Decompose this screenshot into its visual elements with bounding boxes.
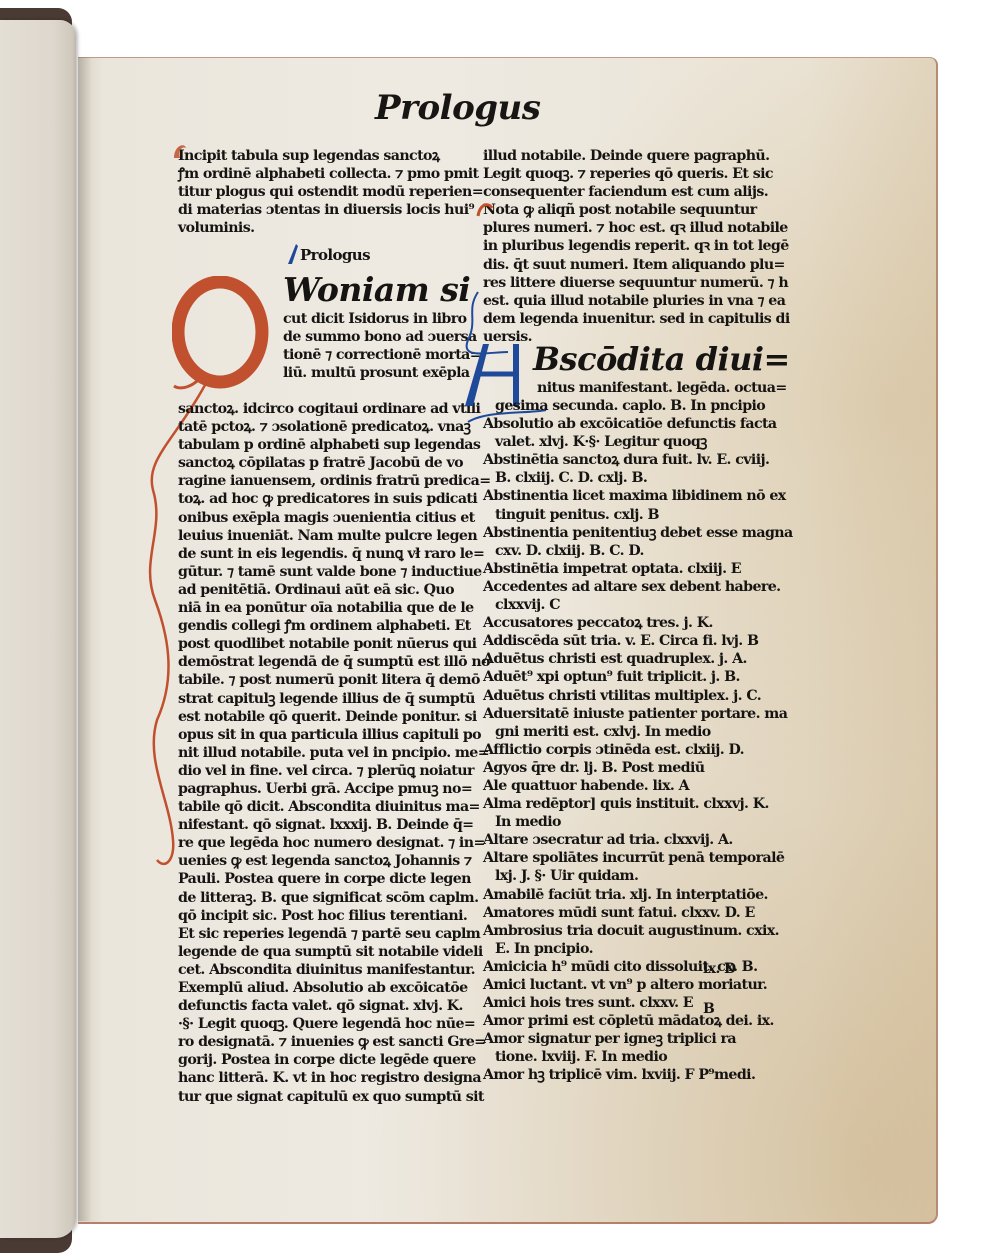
text-line: est. quia illud notabile pluries in vna … xyxy=(483,292,790,310)
index-entry: lxj. J. §· Uir quidam. xyxy=(483,867,793,885)
text-line: opus sit in qua particula illius capitul… xyxy=(178,726,491,744)
text-line: hanc litterā. K. vt in hoc registro desi… xyxy=(178,1069,491,1087)
text-line: nifestant. qō signat. lxxxij. B. Deinde … xyxy=(178,816,491,834)
text-line: gendis collegi ꝭm ordinem alphabeti. Et xyxy=(178,617,491,635)
text-line: sanctoꝝ cōpilatas p fratrē Jacobū de vo xyxy=(178,454,491,472)
text-line: Nota ꝙ aliqñ post notabile sequuntur xyxy=(483,201,790,219)
subject-index-list: gesima secunda. caplo. B. In pncipioAbso… xyxy=(483,397,793,1085)
index-entry: Abstinētia impetrat optata. clxiij. E xyxy=(483,560,793,578)
gutter-shadow xyxy=(78,57,92,1221)
text-line: liū. multū prosunt exēpla xyxy=(283,364,481,382)
index-entry: Amatores mūdi sunt fatui. clxxv. D. E xyxy=(483,904,793,922)
right-top-block: illud notabile. Deinde quere pagraphū.Le… xyxy=(483,147,790,346)
text-line: de sunt in eis legendis. q̄ nunꝗ vł raro… xyxy=(178,545,491,563)
text-line: tatē pctoꝝ. ⁊ ɔsolationē predicatoꝝ. vna… xyxy=(178,418,491,436)
text-line: toꝝ. ad hoc ꝙ predicatores in suis pdica… xyxy=(178,490,491,508)
index-entry: B. clxiij. C. D. cxlj. B. xyxy=(483,469,793,487)
index-entry: Altare ɔsecratur ad tria. clxxvij. A. xyxy=(483,831,793,849)
text-line: uenies ꝙ est legenda sanctoꝝ Johannis ⁊ xyxy=(178,852,491,870)
text-line: Incipit tabula sup legendas sanctoꝝ xyxy=(178,147,483,165)
index-entry: Aduēt⁹ xpi optun⁹ fuit triplicit. j. B. xyxy=(483,668,793,686)
index-entry: Abstinentia penitentiuꝫ debet esse magna xyxy=(483,524,793,542)
index-entry: Amor primi est cōpletū mādatoꝝ dei. ix. xyxy=(483,1012,793,1030)
text-line: legende de qua sumptū sit notabile videl… xyxy=(178,943,491,961)
text-line: di materias ɔtentas in diuersis locis hu… xyxy=(178,201,483,219)
subheading-prologus: Prologus xyxy=(300,246,370,264)
index-entry: Amabilē faciūt tria. xlj. In interptatiō… xyxy=(483,886,793,904)
index-entry: Agyos q̄re dr. lj. B. Post mediū xyxy=(483,759,793,777)
index-entry: gesima secunda. caplo. B. In pncipio xyxy=(483,397,793,415)
left-page-leaf xyxy=(0,20,76,1238)
text-line: est notabile qō querit. Deinde ponitur. … xyxy=(178,708,491,726)
text-line: ragine ianuensem, ordinis fratrū predica… xyxy=(178,472,491,490)
index-entry: valet. xlvj. K·§· Legitur quoqꝫ xyxy=(483,433,793,451)
initial-q-icon xyxy=(172,276,272,394)
text-line: strat capitulꝫ legende illius de q̄ sump… xyxy=(178,690,491,708)
marginal-note: B xyxy=(703,1000,714,1018)
index-entry: Amicicia h⁹ mūdi cito dissoluit. cx. B. xyxy=(483,958,793,976)
intro-paragraph: Incipit tabula sup legendas sanctoꝝꝭm or… xyxy=(178,147,483,237)
text-line: gorij. Postea in corpe dicte legēde quer… xyxy=(178,1051,491,1069)
index-entry: Ambrosius tria docuit augustinum. cxix. xyxy=(483,922,793,940)
text-line: Legit quoqꝫ. ⁊ reperies qō queris. Et si… xyxy=(483,165,790,183)
text-line: demōstrat legendā de q̄ sumptū est illō … xyxy=(178,653,491,671)
right-narrow-block: nitus manifestant. legēda. octua= xyxy=(537,379,787,397)
index-entry: Absolutio ab excōicatiōe defunctis facta xyxy=(483,415,793,433)
text-line: qō incipit sic. Post hoc filius terentia… xyxy=(178,907,491,925)
text-line: tionē ⁊ correctionē morta= xyxy=(283,346,481,364)
index-entry: Aduētus christi vtilitas multiplex. j. C… xyxy=(483,687,793,705)
left-body-block: sanctoꝝ. idcirco cogitaui ordinare ad vt… xyxy=(178,400,491,1106)
text-line: ·§· Legit quoqꝫ. Quere legendā hoc nūe= xyxy=(178,1015,491,1033)
index-entry: Accedentes ad altare sex debent habere. xyxy=(483,578,793,596)
index-entry: gni meriti est. cxlvj. In medio xyxy=(483,723,793,741)
running-heading: Prologus xyxy=(375,88,540,128)
index-entry: Ale quattuor habende. lix. A xyxy=(483,777,793,795)
index-entry: Afflictio corpis ɔtinēda est. clxiij. D. xyxy=(483,741,793,759)
index-entry: Altare spoliātes incurrūt penā temporalē xyxy=(483,849,793,867)
index-entry: In medio xyxy=(483,813,793,831)
text-line: re que legēda hoc numero designat. ⁊ in= xyxy=(178,834,491,852)
text-line: tabile qō dicit. Abscondita diuinitus ma… xyxy=(178,798,491,816)
text-line: pagraphus. Uerbi grā. Accipe pmuꝫ no= xyxy=(178,780,491,798)
text-line: leuius inueniāt. Nam multe pulcre legen xyxy=(178,527,491,545)
text-line: Exemplū aliud. Absolutio ab excōicatōe xyxy=(178,979,491,997)
text-line: tabulam p ordinē alphabeti sup legendas xyxy=(178,436,491,454)
text-line: dem legenda inuenitur. sed in capitulis … xyxy=(483,310,790,328)
index-entry: Aduētus christi est quadruplex. j. A. xyxy=(483,650,793,668)
index-entry: E. In pncipio. xyxy=(483,940,793,958)
index-entry: tinguit penitus. cxlj. B xyxy=(483,506,793,524)
opening-word-left: Woniam si xyxy=(283,270,470,309)
text-line: illud notabile. Deinde quere pagraphū. xyxy=(483,147,790,165)
index-entry: Abstinētia sanctoꝝ dura fuit. lv. E. cvi… xyxy=(483,451,793,469)
text-line: cut dicit Isidorus in libro xyxy=(283,310,481,328)
text-line: tur que signat capitulū ex quo sumptū si… xyxy=(178,1088,491,1106)
left-narrow-block: cut dicit Isidorus in librode summo bono… xyxy=(283,310,481,382)
text-line: de summo bono ad ɔuersa xyxy=(283,328,481,346)
text-line: tabile. ⁊ post numerū ponit litera q̄ de… xyxy=(178,671,491,689)
index-entry: tione. lxviij. F. In medio xyxy=(483,1048,793,1066)
text-line: post quodlibet notabile ponit nūerus qui xyxy=(178,635,491,653)
index-entry: Alma redēptor] quis instituit. clxxvj. K… xyxy=(483,795,793,813)
index-entry: Amici hois tres sunt. clxxv. E xyxy=(483,994,793,1012)
text-line: onibus exēpla magis ɔuenientia citius et xyxy=(178,509,491,527)
text-line: de litteraꝫ. B. que significat scōm capl… xyxy=(178,889,491,907)
index-entry: Accusatores peccatoꝝ tres. j. K. xyxy=(483,614,793,632)
text-line: Et sic reperies legendā ⁊ partē seu capl… xyxy=(178,925,491,943)
text-line: ro designatā. ⁊ inuenies ꝙ est sancti Gr… xyxy=(178,1033,491,1051)
index-entry: cxv. D. clxiij. B. C. D. xyxy=(483,542,793,560)
marginal-note: lx. D xyxy=(703,960,736,978)
text-line: gūtur. ⁊ tamē sunt valde bone ⁊ inductiu… xyxy=(178,563,491,581)
index-entry: Abstinentia licet maxima libidinem nō ex xyxy=(483,487,793,505)
index-entry: Amici luctant. vt vn⁹ p altero moriatur. xyxy=(483,976,793,994)
text-line: dis. q̄t suut numeri. Item aliquando plu… xyxy=(483,256,790,274)
text-line: titur plogus qui ostendit modū reperien= xyxy=(178,183,483,201)
opening-word-right: Bscōdita diui= xyxy=(533,340,790,378)
text-line: res littere diuerse sequuntur numerū. ⁊ … xyxy=(483,274,790,292)
text-line: ꝭm ordinē alphabeti collecta. ⁊ pmo pmit xyxy=(178,165,483,183)
text-line: cet. Abscondita diuinitus manifestantur. xyxy=(178,961,491,979)
text-line: voluminis. xyxy=(178,219,483,237)
index-entry: Addiscēda sūt tria. v. E. Circa fi. lvj.… xyxy=(483,632,793,650)
text-line: nit illud notabile. puta vel in pncipio.… xyxy=(178,744,491,762)
text-line: dio vel in fine. vel circa. ⁊ plerūꝗ noi… xyxy=(178,762,491,780)
text-line: plures numeri. ⁊ hoc est. qꝛ illud notab… xyxy=(483,219,790,237)
text-line: ad penitētiā. Ordinaui aūt eā sic. Quo xyxy=(178,581,491,599)
index-entry: Amor signatur per igneꝫ triplici ra xyxy=(483,1030,793,1048)
text-line: sanctoꝝ. idcirco cogitaui ordinare ad vt… xyxy=(178,400,491,418)
text-line: nitus manifestant. legēda. octua= xyxy=(537,379,787,397)
text-line: niā in ea ponūtur oīa notabilia que de l… xyxy=(178,599,491,617)
index-entry: Aduersitatē iniuste patienter portare. m… xyxy=(483,705,793,723)
text-line: in pluribus legendis reperit. qꝛ in tot … xyxy=(483,237,790,255)
text-line: defunctis facta valet. qō signat. xlvj. … xyxy=(178,997,491,1015)
index-entry: Amor hꝫ triplicē vim. lxviij. F P⁹medi. xyxy=(483,1066,793,1084)
index-entry: clxxvij. C xyxy=(483,596,793,614)
text-line: Pauli. Postea quere in corpe dicte legen xyxy=(178,870,491,888)
text-line: consequenter faciendum est cum alijs. xyxy=(483,183,790,201)
